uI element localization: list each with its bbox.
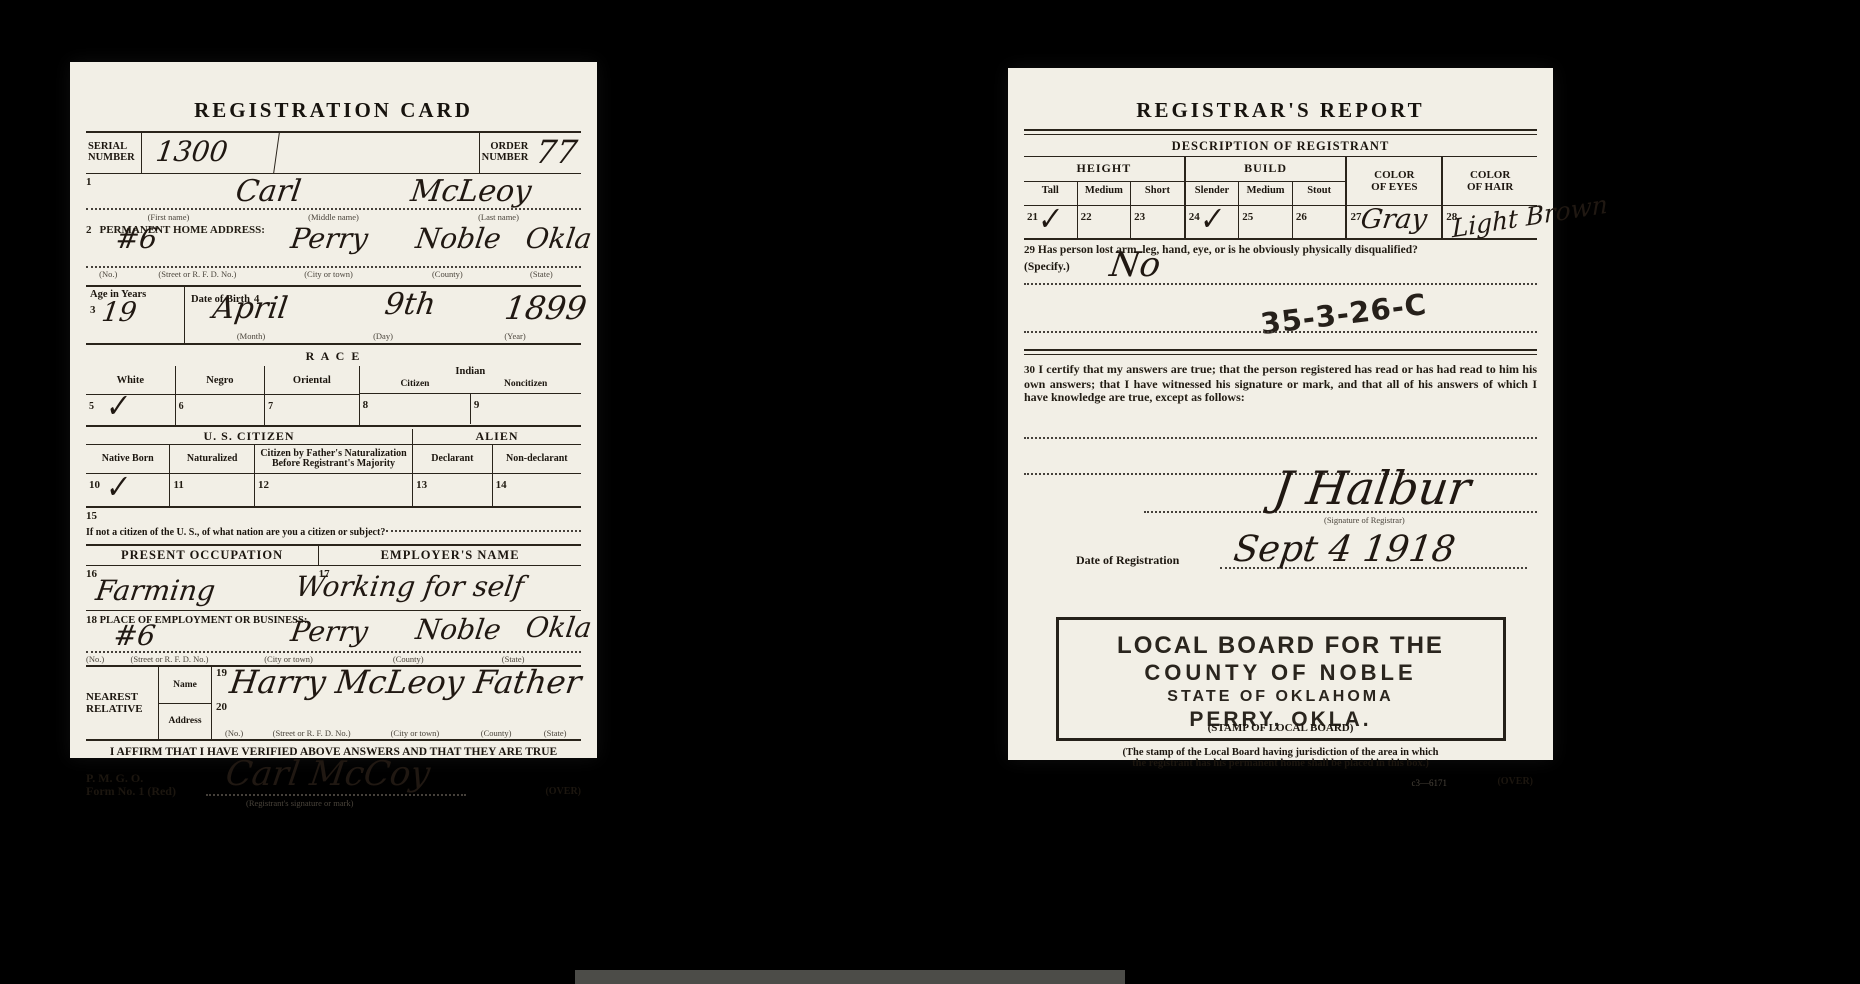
alien-col-declarant: Declarant 13 [412,445,492,506]
registration-date-value: Sept 4 1918 [1231,529,1458,570]
build-group: BUILD Slender 24 ✓ Medium 25 [1184,157,1346,238]
q15-number: 15 [86,510,581,522]
short-number: 23 [1134,211,1145,223]
date-of-registration-label: Date of Registration [1076,553,1179,568]
citizen-by-father-number: 12 [258,479,269,491]
race-oriental-number: 7 [268,401,273,412]
naturalized-number: 11 [173,479,183,491]
order-label-line1: ORDER [482,141,529,152]
address-city-value: Perry [289,222,370,255]
build-col-slender: Slender 24 ✓ [1186,182,1239,238]
form-number-label: Form No. 1 (Red) [86,785,176,798]
height-col-medium: Medium 22 [1077,182,1131,238]
dob-day-caption: (Day) [317,331,449,341]
address-state-value: Okla [524,222,594,255]
native-born-number: 10 [89,479,100,491]
hair-header-line2: OF HAIR [1443,181,1537,193]
nearest-relative-label: NEAREST RELATIVE [86,667,158,739]
race-indian-citizen-cell: 8 [360,394,470,424]
race-indian-noncitizen-label: Noncitizen [470,379,581,393]
employment-no-caption: (No.) [86,654,131,664]
race-oriental-cell: 7 [265,395,358,425]
board-stamp-line2: COUNTY OF NOBLE [1065,660,1497,686]
serial-label-line2: NUMBER [88,152,135,163]
slender-checkmark: ✓ [1199,208,1225,232]
citizen-by-father-cell: 12 [255,474,412,506]
non-declarant-label: Non-declarant [493,445,581,474]
q15-dotted-line [386,530,581,532]
local-board-stamp-box: LOCAL BOARD FOR THE COUNTY OF NOBLE STAT… [1056,617,1506,741]
q30-certification: 30 I certify that my answers are true; t… [1024,363,1537,405]
q15-row: 15 If not a citizen of the U. S., of wha… [86,510,581,542]
non-declarant-number: 14 [496,479,507,491]
q30-number: 30 [1024,364,1035,376]
eyes-header-line1: COLOR [1347,169,1441,181]
address-state-caption: (State) [502,269,581,279]
serial-number-value: 1300 [139,133,280,173]
q29-dotted-line [1024,283,1537,285]
dob-day-value: 9th [383,287,438,322]
tall-checkmark: ✓ [1037,208,1063,232]
hair-header-line1: COLOR [1443,169,1537,181]
name-dotted-line [86,208,581,210]
registrant-signature: Carl McCoy [223,754,432,794]
employment-row: 18 PLACE OF EMPLOYMENT OR BUSINESS: #6 P… [86,611,581,665]
last-name-value: McLeoy [408,174,533,209]
height-medium-label: Medium [1078,182,1131,206]
occupation-values-row: 16 17 Farming Working for self [86,566,581,611]
signature-row: P. M. G. O. Form No. 1 (Red) Carl McCoy … [86,758,581,822]
blank-dotted-line-1 [1024,437,1537,439]
q30-double-rule [1024,349,1537,355]
relative-street-caption: (Street or R. F. D. No.) [256,728,367,738]
race-indian-label: Indian [360,366,581,379]
first-name-value: Carl [234,174,304,209]
race-indian-noncitizen-number: 9 [474,399,480,411]
dob-captions: (Month) (Day) (Year) [185,331,581,341]
stamp-box-note: (The stamp of the Local Board having jur… [1024,747,1537,770]
height-medium-cell: 22 [1078,206,1131,238]
q29-specify-label: (Specify.) [1024,261,1070,273]
build-medium-cell: 25 [1239,206,1292,238]
short-cell: 23 [1131,206,1184,238]
registrars-report-title: REGISTRAR'S REPORT [1024,68,1537,123]
registration-date-row: Date of Registration Sept 4 1918 [1024,539,1537,583]
relative-no-caption: (No.) [212,728,256,738]
race-table: White 5 ✓ Negro 6 Oriental 7 [86,366,581,427]
occupation-headers: PRESENT OCCUPATION EMPLOYER'S NAME [86,544,581,566]
citizen-by-father-label: Citizen by Father's Naturalization Befor… [255,445,412,474]
signature-caption: (Registrant's signature or mark) [246,798,354,808]
address-city-caption: (City or town) [264,269,393,279]
address-dotted-line [86,266,581,268]
alien-header: ALIEN [412,429,581,444]
address-county-value: Noble [414,222,503,255]
q19-number: 19 [216,667,227,679]
address-no-caption: (No.) [86,269,131,279]
address-captions: (No.) (Street or R. F. D. No.) (City or … [86,269,581,279]
last-name-caption: (Last name) [416,212,581,222]
tall-number: 21 [1027,211,1038,223]
employment-state-value: Okla [524,611,594,644]
q29-answer-row: (Specify.) No [1024,257,1537,291]
eyes-color-value: Gray [1359,204,1429,235]
alien-col-nondeclarant: Non-declarant 14 [492,445,581,506]
slender-cell: 24 ✓ [1186,206,1239,238]
employment-city-value: Perry [289,615,370,648]
q29-text: Has person lost arm, leg, hand, eye, or … [1038,244,1418,256]
race-white-checkmark: ✓ [105,395,131,419]
native-born-checkmark: ✓ [105,476,131,500]
race-indian-group: Indian Citizen Noncitizen 8 9 [359,366,581,425]
citizen-col-naturalized: Naturalized 11 [169,445,253,506]
citizen-col-father: Citizen by Father's Naturalization Befor… [254,445,412,506]
naturalized-label: Naturalized [170,445,253,474]
relative-address-sublabel: Address [159,704,211,740]
citizen-col-native: Native Born 10 ✓ [86,445,169,506]
q29-answer-value: No [1107,245,1163,285]
citizen-table: Native Born 10 ✓ Naturalized 11 Citizen … [86,444,581,508]
board-stamp-line1: LOCAL BOARD FOR THE [1065,632,1497,660]
relative-sublabels: Name Address [158,667,212,739]
relative-city-caption: (City or town) [367,728,463,738]
naturalized-cell: 11 [170,474,253,506]
race-col-negro: Negro 6 [175,366,265,425]
stout-label: Stout [1293,182,1346,206]
serial-label-line1: SERIAL [88,141,135,152]
registrar-signature-caption: (Signature of Registrar) [1324,515,1405,525]
dob-month-value: April [211,291,290,326]
order-number-value: 77 [529,133,583,173]
scanned-draft-card-image: REGISTRATION CARD SERIAL NUMBER 1300 ORD… [0,0,1860,984]
non-declarant-cell: 14 [493,474,581,506]
classification-stamp-row: 35-3-26-C [1024,291,1537,343]
employment-dotted-line [86,651,581,653]
registrant-name-handwriting: Carl McLeoy [236,174,531,209]
hair-column: COLOR OF HAIR 28 Light Brown [1441,157,1537,238]
registrars-report-card: REGISTRAR'S REPORT DESCRIPTION OF REGIST… [1008,68,1553,760]
order-number-label: ORDER NUMBER [479,133,533,173]
slender-number: 24 [1189,211,1200,223]
height-header: HEIGHT [1024,157,1184,182]
over-label-right: (OVER) [1497,776,1533,787]
q29-question: 29 Has person lost arm, leg, hand, eye, … [1024,244,1537,257]
scan-artifact-strip [575,970,1125,984]
height-col-tall: Tall 21 ✓ [1024,182,1077,238]
present-occupation-header: PRESENT OCCUPATION [86,546,319,565]
race-white-number: 5 [89,401,94,412]
declarant-number: 13 [416,479,427,491]
race-section-header: R A C E [86,349,581,364]
registration-card-title: REGISTRATION CARD [86,62,581,123]
nearest-label-line1: NEAREST [86,691,158,703]
serial-row-spacer [277,133,479,173]
build-medium-number: 25 [1242,211,1253,223]
dob-year-caption: (Year) [449,331,581,341]
occupation-value: Farming [94,574,218,607]
employment-county-value: Noble [414,613,503,646]
dob-month-caption: (Month) [185,331,317,341]
height-col-short: Short 23 [1130,182,1184,238]
race-col-oriental: Oriental 7 [264,366,358,425]
eyes-header: COLOR OF EYES [1347,157,1441,206]
age-dob-row: Age in Years 3 19 Date of Birth 4 April … [86,285,581,345]
stout-number: 26 [1296,211,1307,223]
build-header: BUILD [1186,157,1346,182]
race-indian-citizen-label: Citizen [360,379,471,393]
stamp-box-note-line2: the registrant has his permanent home sh… [1024,758,1537,770]
q30-text: I certify that my answers are true; that… [1024,362,1537,404]
race-oriental-label: Oriental [265,366,358,395]
race-negro-number: 6 [179,401,184,412]
registration-card: REGISTRATION CARD SERIAL NUMBER 1300 ORD… [70,62,597,758]
address-county-caption: (County) [393,269,502,279]
hair-header: COLOR OF HAIR [1443,157,1537,206]
race-white-cell: 5 ✓ [86,395,175,425]
age-cell: Age in Years 3 19 [86,287,185,343]
height-columns: Tall 21 ✓ Medium 22 [1024,182,1184,238]
stamp-box-note-line1: (The stamp of the Local Board having jur… [1024,747,1537,759]
build-col-stout: Stout 26 [1292,182,1346,238]
employers-name-header: EMPLOYER'S NAME [319,546,581,565]
relative-county-caption: (County) [463,728,529,738]
over-label-left: (OVER) [545,786,581,797]
q20-number: 20 [216,701,227,713]
build-medium-label: Medium [1239,182,1292,206]
stamp-row-dotted-line [1024,331,1537,333]
race-indian-noncitizen-cell: 9 [470,394,581,424]
age-value: 19 [100,297,139,328]
q2-number: 2 [86,224,92,236]
citizen-section-headers: U. S. CITIZEN ALIEN [86,429,581,444]
address-no-value: #6 [114,222,160,255]
us-citizen-header: U. S. CITIZEN [86,429,412,444]
tall-cell: 21 ✓ [1024,206,1077,238]
employer-value: Working for self [294,570,526,603]
board-stamp-line3: STATE OF OKLAHOMA [1065,688,1497,706]
form-designation: P. M. G. O. Form No. 1 (Red) [86,772,176,798]
dob-year-value: 1899 [502,289,589,327]
height-medium-number: 22 [1081,211,1092,223]
stout-cell: 26 [1293,206,1346,238]
q1-number: 1 [86,176,92,188]
eyes-header-line2: OF EYES [1347,181,1441,193]
q29-number: 29 [1024,244,1035,256]
order-label-line2: NUMBER [482,152,529,163]
q15-question: If not a citizen of the U. S., of what n… [86,527,385,538]
name-captions: (First name) (Middle name) (Last name) [86,212,581,222]
registrar-signature: J Halbur [1270,461,1474,515]
q3-number: 3 [90,304,96,316]
declarant-cell: 13 [413,474,492,506]
q18-number: 18 [86,614,97,626]
q16-number: 16 [86,568,97,580]
race-indian-sublabels: Citizen Noncitizen [360,379,581,394]
relative-main-area: 19 20 Harry McLeoy Father (No.) (Street … [212,667,581,739]
nearest-relative-block: NEAREST RELATIVE Name Address 19 20 Harr… [86,665,581,741]
eyes-value-cell: 27 Gray [1347,206,1441,238]
address-street-caption: (Street or R. F. D. No.) [131,269,265,279]
description-table: HEIGHT Tall 21 ✓ Medium 22 [1024,157,1537,240]
employment-no-value: #6 [112,619,158,652]
declarant-label: Declarant [413,445,492,474]
race-negro-cell: 6 [176,395,265,425]
race-col-white: White 5 ✓ [86,366,175,425]
relative-name-value: Harry McLeoy Father [227,663,583,701]
hair-value-cell: 28 Light Brown [1443,206,1537,238]
serial-order-row: SERIAL NUMBER 1300 ORDER NUMBER 77 [86,131,581,174]
first-name-caption: (First name) [86,212,251,222]
short-label: Short [1131,182,1184,206]
signature-dotted-line [206,794,466,796]
relative-name-sublabel: Name [159,667,211,704]
race-indian-citizen-number: 8 [363,399,369,411]
build-columns: Slender 24 ✓ Medium 25 [1186,182,1346,238]
eyes-column: COLOR OF EYES 27 Gray [1345,157,1441,238]
middle-name-caption: (Middle name) [251,212,416,222]
native-born-cell: 10 ✓ [86,474,169,506]
race-negro-label: Negro [176,366,265,395]
serial-number-label: SERIAL NUMBER [86,133,142,173]
stamp-of-local-board-caption: (STAMP OF LOCAL BOARD) [1065,722,1497,734]
name-row: 1 Carl McLeoy (First name) (Middle name)… [86,174,581,222]
relative-state-caption: (State) [529,728,581,738]
dob-cell: Date of Birth 4 April 9th 1899 (Month) (… [185,287,581,343]
nearest-label-line2: RELATIVE [86,703,158,715]
print-code: c3—6171 [1412,778,1448,788]
race-indian-numbers: 8 9 [360,394,581,424]
blank-line-1 [1024,411,1537,447]
home-address-handwriting: #6 Perry Noble Okla [86,236,581,266]
build-col-medium: Medium 25 [1238,182,1292,238]
footer-codes-row: c3—6171 (OVER) [1024,774,1537,798]
relative-captions: (No.) (Street or R. F. D. No.) (City or … [212,728,581,738]
description-header: DESCRIPTION OF REGISTRANT [1024,135,1537,157]
height-group: HEIGHT Tall 21 ✓ Medium 22 [1024,157,1184,238]
